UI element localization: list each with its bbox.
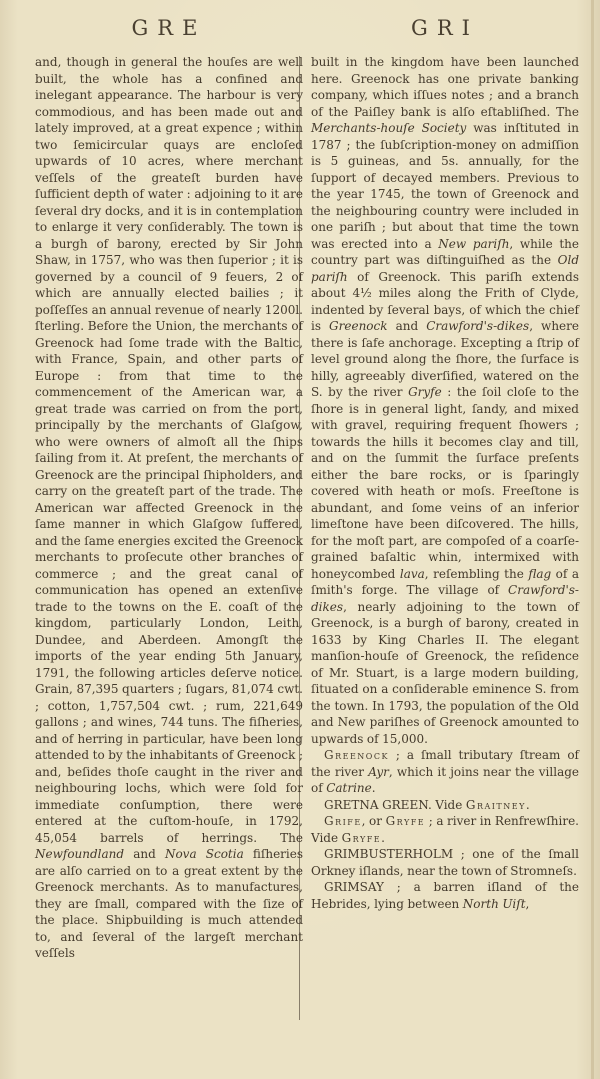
smallcaps-text: Graitney bbox=[466, 798, 526, 812]
italic-text: Ayr bbox=[368, 765, 389, 779]
book-page: GRE GRI and, though in general the houſe… bbox=[0, 0, 600, 1079]
italic-text: Crawford's-dikes bbox=[311, 583, 579, 614]
italic-text: Old pariſh bbox=[311, 253, 579, 284]
page-edge-shadow bbox=[591, 0, 594, 1079]
paragraph: GRIMSAY ; a barren iſland of the Hebride… bbox=[311, 879, 579, 912]
paragraph: built in the kingdom have been launched … bbox=[311, 54, 579, 747]
italic-text: Gryfe bbox=[408, 385, 442, 399]
italic-text: New pariſh bbox=[438, 237, 509, 251]
page-header-left: GRE bbox=[35, 16, 303, 40]
paragraph: GRIMBUSTERHOLM ; one of the ſmall Orkney… bbox=[311, 846, 579, 879]
paragraph: Grife, or Gryfe ; a river in Renfrewſhir… bbox=[311, 813, 579, 846]
smallcaps-text: Grife bbox=[324, 814, 362, 828]
paragraph: and, though in general the houſes are we… bbox=[35, 54, 303, 962]
italic-text: Greenock bbox=[329, 319, 387, 333]
left-column: and, though in general the houſes are we… bbox=[35, 54, 303, 962]
italic-text: North Uiſt bbox=[463, 897, 526, 911]
italic-text: Newfoundland bbox=[35, 847, 124, 861]
italic-text: lava bbox=[400, 567, 425, 581]
page-header-right: GRI bbox=[311, 16, 579, 40]
smallcaps-text: Gryfe bbox=[386, 814, 426, 828]
italic-text: Catrine bbox=[326, 781, 372, 795]
smallcaps-text: Gryfe bbox=[342, 831, 382, 845]
right-column: built in the kingdom have been launched … bbox=[311, 54, 579, 912]
smallcaps-text: Greenock bbox=[324, 748, 389, 762]
italic-text: Merchants-houſe Society bbox=[311, 121, 466, 135]
italic-text: Crawford's-dikes bbox=[426, 319, 529, 333]
paragraph: GRETNA GREEN. Vide Graitney. bbox=[311, 797, 579, 814]
paragraph: Greenock ; a ſmall tributary ſtream of t… bbox=[311, 747, 579, 797]
italic-text: Nova Scotia bbox=[165, 847, 244, 861]
italic-text: flag bbox=[528, 567, 551, 581]
